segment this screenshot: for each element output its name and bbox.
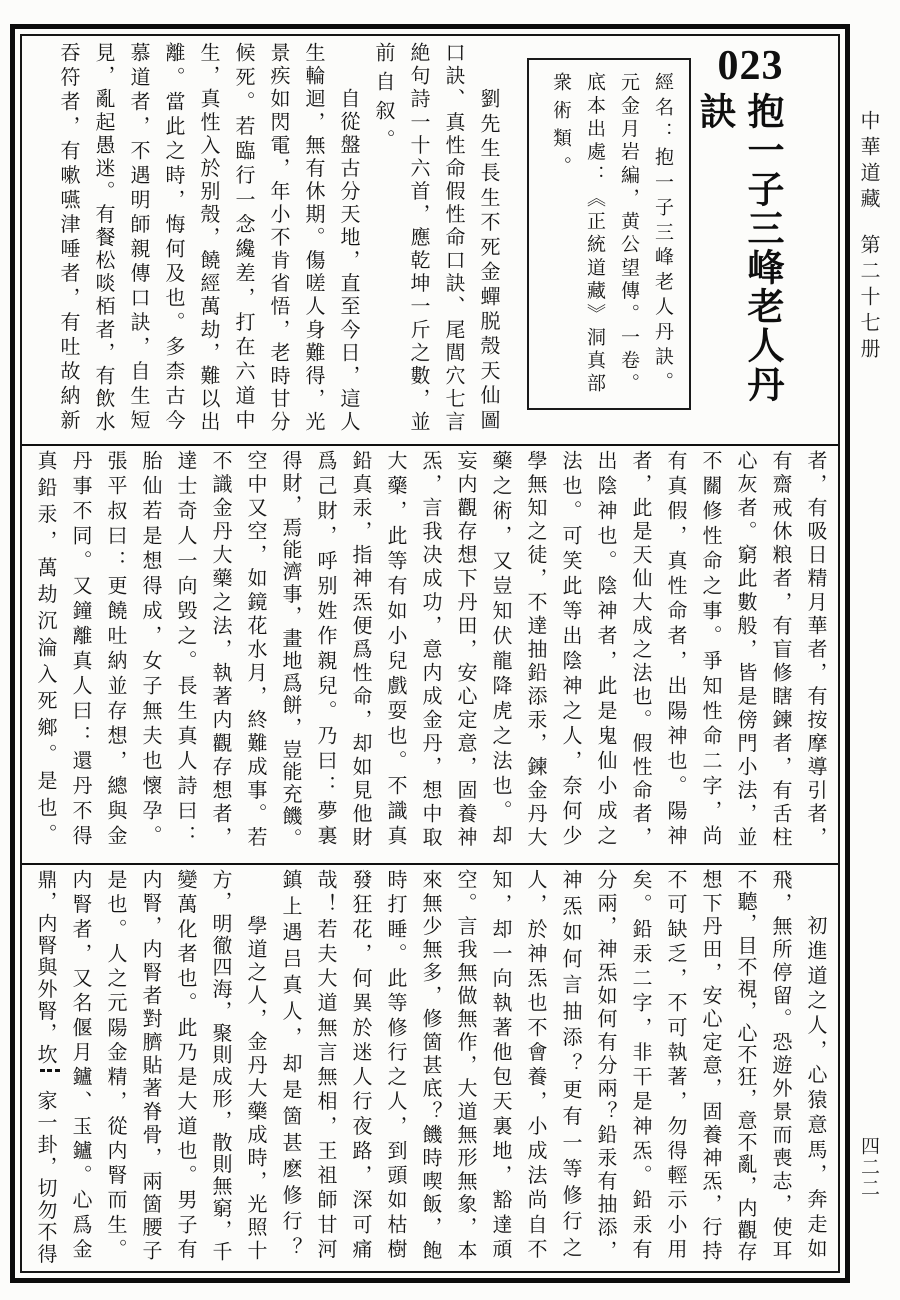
text-column: 大藥，此等有如小兒戲耍也。不識真	[377, 450, 412, 859]
text-column: 張平叔曰：更饒吐納並存想，總與金	[97, 450, 132, 859]
text-column: 矣。鉛汞二字，非干是神炁。鉛汞有	[622, 869, 657, 1267]
text-column: 妄内觀存想下丹田，安心定意，固養神	[447, 450, 482, 859]
text-column: 鎮上遇吕真人，却是箇甚麽修行？	[272, 869, 307, 1267]
collection-name: 中華道藏	[857, 110, 879, 214]
text-column: 丹事不同。又鐘離真人曰：還丹不得	[62, 450, 97, 859]
text-column: 不關修性命之事。爭知性命二字，尚	[692, 450, 727, 859]
text-column: 有真假，真性命者，出陽神也。陽神	[657, 450, 692, 859]
text-column: 知，却一向執著他包天裏地，豁達頑	[482, 869, 517, 1267]
text-column: 方，明徹四海，聚則成形，散則無窮，千	[202, 869, 237, 1267]
text-column: 不聽，目不視，心不狂，意不亂，内觀存	[727, 869, 762, 1267]
text-block-top: 劉先生長生不死金蟬脱殼天仙圖口訣、真性命假性命口訣、尾閭穴七言絶句詩一十六首，應…	[33, 42, 505, 440]
text-column: 胎仙若是想得成，女子無夫也懷孕。	[132, 450, 167, 859]
volume-label: 中華道藏第二十七册	[854, 110, 883, 670]
page-frame-inner: 023 抱一子三峰老人丹訣 經名：抱一子三峰老人丹訣。元金月岩編，黄公望傳。一卷…	[20, 34, 840, 1273]
section-middle: 者，有吸日精月華者，有按摩導引者，有齋戒休粮者，有盲修瞎鍊者，有舌柱心灰者。窮此…	[27, 446, 833, 863]
text-column: 飛，無所停留。恐遊外景而喪志，使耳	[762, 869, 797, 1267]
text-column: 内腎，内腎者對臍貼著脊骨，兩箇腰子	[132, 869, 167, 1267]
folio-number: 四二二	[855, 1136, 882, 1199]
page-title: 抱一子三峰老人丹訣	[737, 92, 785, 442]
text-column: 離。當此之時，悔何及也。多柰古今	[155, 42, 190, 440]
text-column: 爲己財，呼别姓作親兒。乃曰：夢裏	[307, 450, 342, 859]
text-column: 見，亂起愚迷。有餐松啖栢者，有飲水	[85, 42, 120, 440]
text-column: 想下丹田，安心定意，固養神炁，行持	[692, 869, 727, 1267]
text-column: 學無知之徒，不達抽鉛添汞，鍊金丹大	[517, 450, 552, 859]
text-column: 心灰者。窮此數般，皆是傍門小法，並	[727, 450, 762, 859]
text-column: 達士奇人一向毁之。長生真人詩曰：	[167, 450, 202, 859]
text-block-middle: 者，有吸日精月華者，有按摩導引者，有齋戒休粮者，有盲修瞎鍊者，有舌柱心灰者。窮此…	[27, 446, 832, 863]
text-column: 吞符者，有嗽嚥津唾者，有吐故納新	[50, 42, 85, 440]
volume-number: 第二十七册	[857, 234, 879, 364]
colophon-box: 經名：抱一子三峰老人丹訣。元金月岩編，黄公望傳。一卷。底本出處：《正統道藏》洞真…	[527, 58, 691, 410]
text-column: 鉛真汞，指神炁便爲性命，却如見他財	[342, 450, 377, 859]
scanned-page: 中華道藏第二十七册 四二二 023 抱一子三峰老人丹訣 經名：抱一子三峰老人丹訣…	[0, 0, 900, 1300]
text-column: 生輪迴，無有休期。傷嗟人身難得，光	[295, 42, 330, 440]
text-column: 初進道之人，心猿意馬，奔走如	[797, 869, 832, 1267]
text-column: 哉！若夫大道無言無相，王祖師甘河	[307, 869, 342, 1267]
text-column: 口訣、真性命假性命口訣、尾閭穴七言	[435, 42, 470, 440]
text-column: 不可缺乏，不可執著，勿得輕示小用	[657, 869, 692, 1267]
section-bottom: 初進道之人，心猿意馬，奔走如飛，無所停留。恐遊外景而喪志，使耳不聽，目不視，心不…	[27, 865, 833, 1271]
text-block-bottom: 初進道之人，心猿意馬，奔走如飛，無所停留。恐遊外景而喪志，使耳不聽，目不視，心不…	[27, 865, 832, 1271]
text-column: 内腎者，又名偃月鑪、玉鑪。心爲金	[62, 869, 97, 1267]
text-column: 景疾如閃電，年小不肯省悟，老時甘分	[260, 42, 295, 440]
text-column: 炁，言我决成功，意内成金丹，想中取	[412, 450, 447, 859]
kan-trigram-icon	[40, 1069, 60, 1088]
text-column: 空中又空，如鏡花水月，終難成事。若	[237, 450, 272, 859]
text-column: 鼎，内腎與外腎，坎家一卦，切勿不得	[27, 869, 62, 1267]
text-column: 出陰神也。陰神者，此是鬼仙小成之	[587, 450, 622, 859]
text-column: 者，有吸日精月華者，有按摩導引者，	[797, 450, 832, 859]
text-column: 法也。可笑此等出陰神之人，奈何少	[552, 450, 587, 859]
text-column: 得財，焉能濟事，畫地爲餅，豈能充饑。	[272, 450, 307, 859]
text-column: 經名：抱一子三峰老人丹訣。	[645, 72, 679, 396]
text-serial-number: 023	[703, 42, 798, 90]
text-column: 自從盤古分天地，直至今日，這人	[330, 42, 365, 440]
text-column: 衆術類。	[543, 72, 577, 396]
text-column: 空。言我無做無作，大道無形無象，本	[447, 869, 482, 1267]
text-column: 學道之人，金丹大藥成時，光照十	[237, 869, 272, 1267]
text-column: 時打睡。此等修行之人，到頭如枯樹	[377, 869, 412, 1267]
page-frame: 023 抱一子三峰老人丹訣 經名：抱一子三峰老人丹訣。元金月岩編，黄公望傳。一卷…	[10, 24, 850, 1283]
text-column: 候死。若臨行一念纔差，打在六道中	[225, 42, 260, 440]
text-column: 底本出處：《正統道藏》洞真部	[577, 72, 611, 396]
text-column: 是也。人之元陽金精，從内腎而生。	[97, 869, 132, 1267]
text-column: 分兩，神炁如何有分兩？鉛汞有抽添，	[587, 869, 622, 1267]
text-column: 劉先生長生不死金蟬脱殼天仙圖	[470, 42, 505, 440]
text-column: 絶句詩一十六首，應乾坤一斤之數，並	[400, 42, 435, 440]
text-column: 發狂花，何異於迷人行夜路，深可痛	[342, 869, 377, 1267]
text-column: 生，真性入於别殼，饒經萬劫，難以出	[190, 42, 225, 440]
text-column: 慕道者，不遇明師親傳口訣，自生短	[120, 42, 155, 440]
section-top: 023 抱一子三峰老人丹訣 經名：抱一子三峰老人丹訣。元金月岩編，黄公望傳。一卷…	[27, 38, 833, 444]
text-column: 有齋戒休粮者，有盲修瞎鍊者，有舌柱	[762, 450, 797, 859]
text-column: 者，此是天仙大成之法也。假性命者，	[622, 450, 657, 859]
text-column: 元金月岩編，黄公望傳。一卷。	[611, 72, 645, 396]
text-column: 不識金丹大藥之法，執著内觀存想者，	[202, 450, 237, 859]
text-column: 來無少無多，修箇甚底？饑時喫飯，飽	[412, 869, 447, 1267]
text-column: 變萬化者也。此乃是大道也。男子有	[167, 869, 202, 1267]
text-column: 真鉛汞，萬劫沉淪入死鄉。是也。	[27, 450, 62, 859]
text-column: 人，於神炁也不會養，小成法尚自不	[517, 869, 552, 1267]
text-column: 前自叙。	[365, 42, 400, 440]
text-column: 神炁如何言抽添？更有一等修行之	[552, 869, 587, 1267]
text-column: 藥之術，又豈知伏龍降虎之法也。却	[482, 450, 517, 859]
